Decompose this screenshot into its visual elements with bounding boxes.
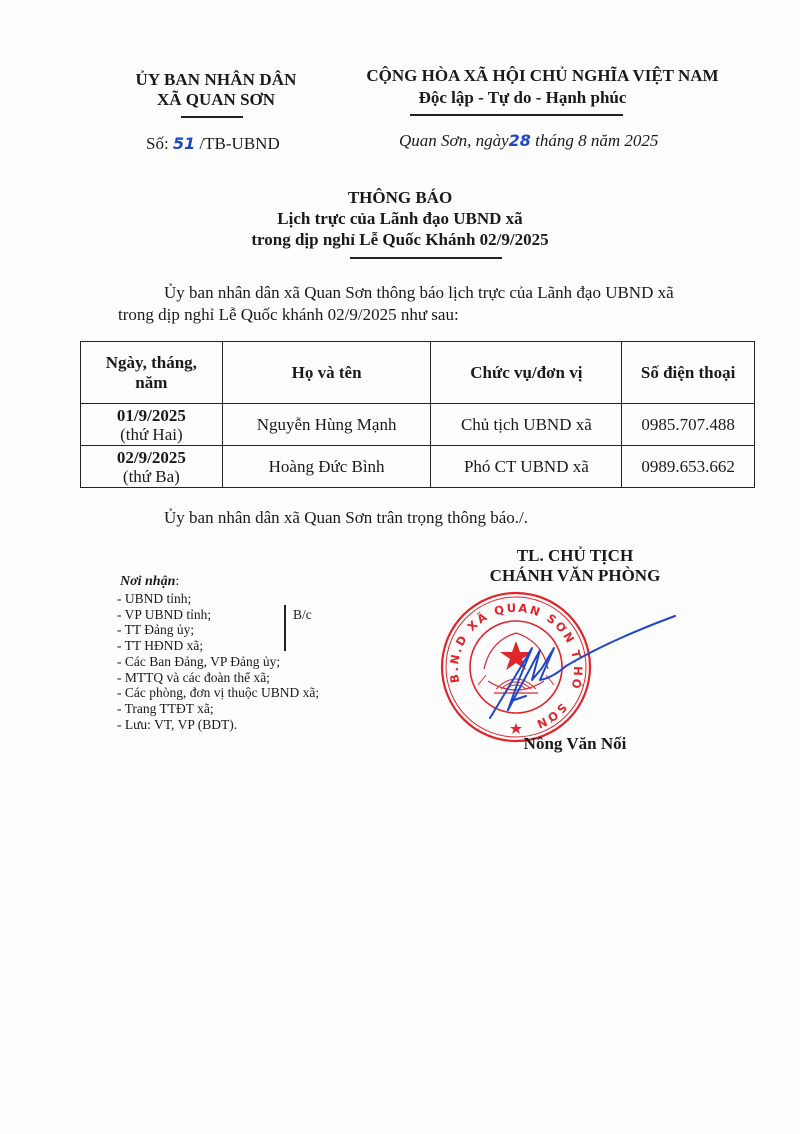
document-subtitle-1: Lịch trực của Lãnh đạo UBND xã: [150, 209, 650, 229]
cell-position: Phó CT UBND xã: [431, 446, 622, 488]
motto-underline: [410, 114, 623, 116]
doc-number-suffix: /TB-UBND: [199, 134, 279, 153]
table-header-row: Ngày, tháng, năm Họ và tên Chức vụ/đơn v…: [81, 342, 755, 404]
table-row: 01/9/2025 (thứ Hai) Nguyễn Hùng Mạnh Chủ…: [81, 404, 755, 446]
handwritten-signature-icon: [470, 600, 690, 730]
recipients-title: Nơi nhận:: [120, 574, 179, 590]
cell-date: 02/9/2025 (thứ Ba): [81, 446, 223, 488]
document-title: THÔNG BÁO: [150, 188, 650, 208]
signature-title: CHÁNH VĂN PHÒNG: [455, 566, 695, 586]
col-header-position: Chức vụ/đơn vị: [431, 342, 622, 404]
table-row: 02/9/2025 (thứ Ba) Hoàng Đức Bình Phó CT…: [81, 446, 755, 488]
cell-date: 01/9/2025 (thứ Hai): [81, 404, 223, 446]
document-subtitle-2: trong dịp nghỉ Lễ Quốc Khánh 02/9/2025: [150, 230, 650, 250]
recipient-item: - UBND tỉnh;: [117, 591, 319, 607]
intro-line-2: trong dịp nghỉ Lễ Quốc khánh 02/9/2025 n…: [118, 305, 459, 325]
issuer-line-2: XÃ QUAN SƠN: [130, 90, 302, 110]
document-page: ỦY BAN NHÂN DÂN XÃ QUAN SƠN CỘNG HÒA XÃ …: [0, 0, 800, 1134]
col-header-phone: Số điện thoại: [622, 342, 755, 404]
col-header-name: Họ và tên: [222, 342, 431, 404]
cell-position: Chủ tịch UBND xã: [431, 404, 622, 446]
cell-name: Nguyễn Hùng Mạnh: [222, 404, 431, 446]
nation-title: CỘNG HÒA XÃ HỘI CHỦ NGHĨA VIỆT NAM: [355, 66, 730, 86]
closing-line: Ủy ban nhân dân xã Quan Sơn trân trọng t…: [164, 508, 528, 528]
recipient-item: - MTTQ và các đoàn thể xã;: [117, 670, 319, 686]
date-prefix: Quan Sơn, ngày: [399, 131, 509, 150]
recipients-bracket-label: B/c: [293, 607, 312, 623]
recipient-item: - TT Đảng ủy;: [117, 622, 319, 638]
doc-number-handwritten: 51: [173, 134, 195, 153]
duty-schedule-table: Ngày, tháng, năm Họ và tên Chức vụ/đơn v…: [80, 341, 755, 488]
date-suffix: tháng 8 năm 2025: [535, 131, 658, 150]
recipient-item: - TT HĐND xã;: [117, 638, 319, 654]
signer-name: Nông Văn Nối: [455, 734, 695, 754]
recipient-item: - Lưu: VT, VP (BDT).: [117, 717, 319, 733]
recipient-item: - VP UBND tỉnh;: [117, 607, 319, 623]
doc-number-prefix: Số:: [146, 134, 169, 153]
recipient-item: - Các Ban Đảng, VP Đảng ủy;: [117, 654, 319, 670]
nation-motto: Độc lập - Tự do - Hạnh phúc: [355, 88, 690, 108]
cell-phone: 0989.653.662: [622, 446, 755, 488]
signature-authority: TL. CHỦ TỊCH: [455, 546, 695, 566]
recipient-item: - Trang TTĐT xã;: [117, 701, 319, 717]
title-underline: [350, 257, 502, 259]
recipient-item: - Các phòng, đơn vị thuộc UBND xã;: [117, 685, 319, 701]
recipients-bracket: [284, 605, 286, 651]
issuer-underline: [181, 116, 243, 118]
cell-name: Hoàng Đức Bình: [222, 446, 431, 488]
date-line: Quan Sơn, ngày28 tháng 8 năm 2025: [399, 131, 658, 151]
date-day-handwritten: 28: [509, 131, 531, 150]
col-header-date: Ngày, tháng, năm: [81, 342, 223, 404]
recipients-list: - UBND tỉnh;- VP UBND tỉnh;- TT Đảng ủy;…: [117, 591, 319, 732]
cell-phone: 0985.707.488: [622, 404, 755, 446]
document-number: Số: 51 /TB-UBND: [146, 134, 280, 154]
issuer-line-1: ỦY BAN NHÂN DÂN: [130, 70, 302, 90]
intro-line-1: Ủy ban nhân dân xã Quan Sơn thông báo lị…: [164, 283, 674, 303]
